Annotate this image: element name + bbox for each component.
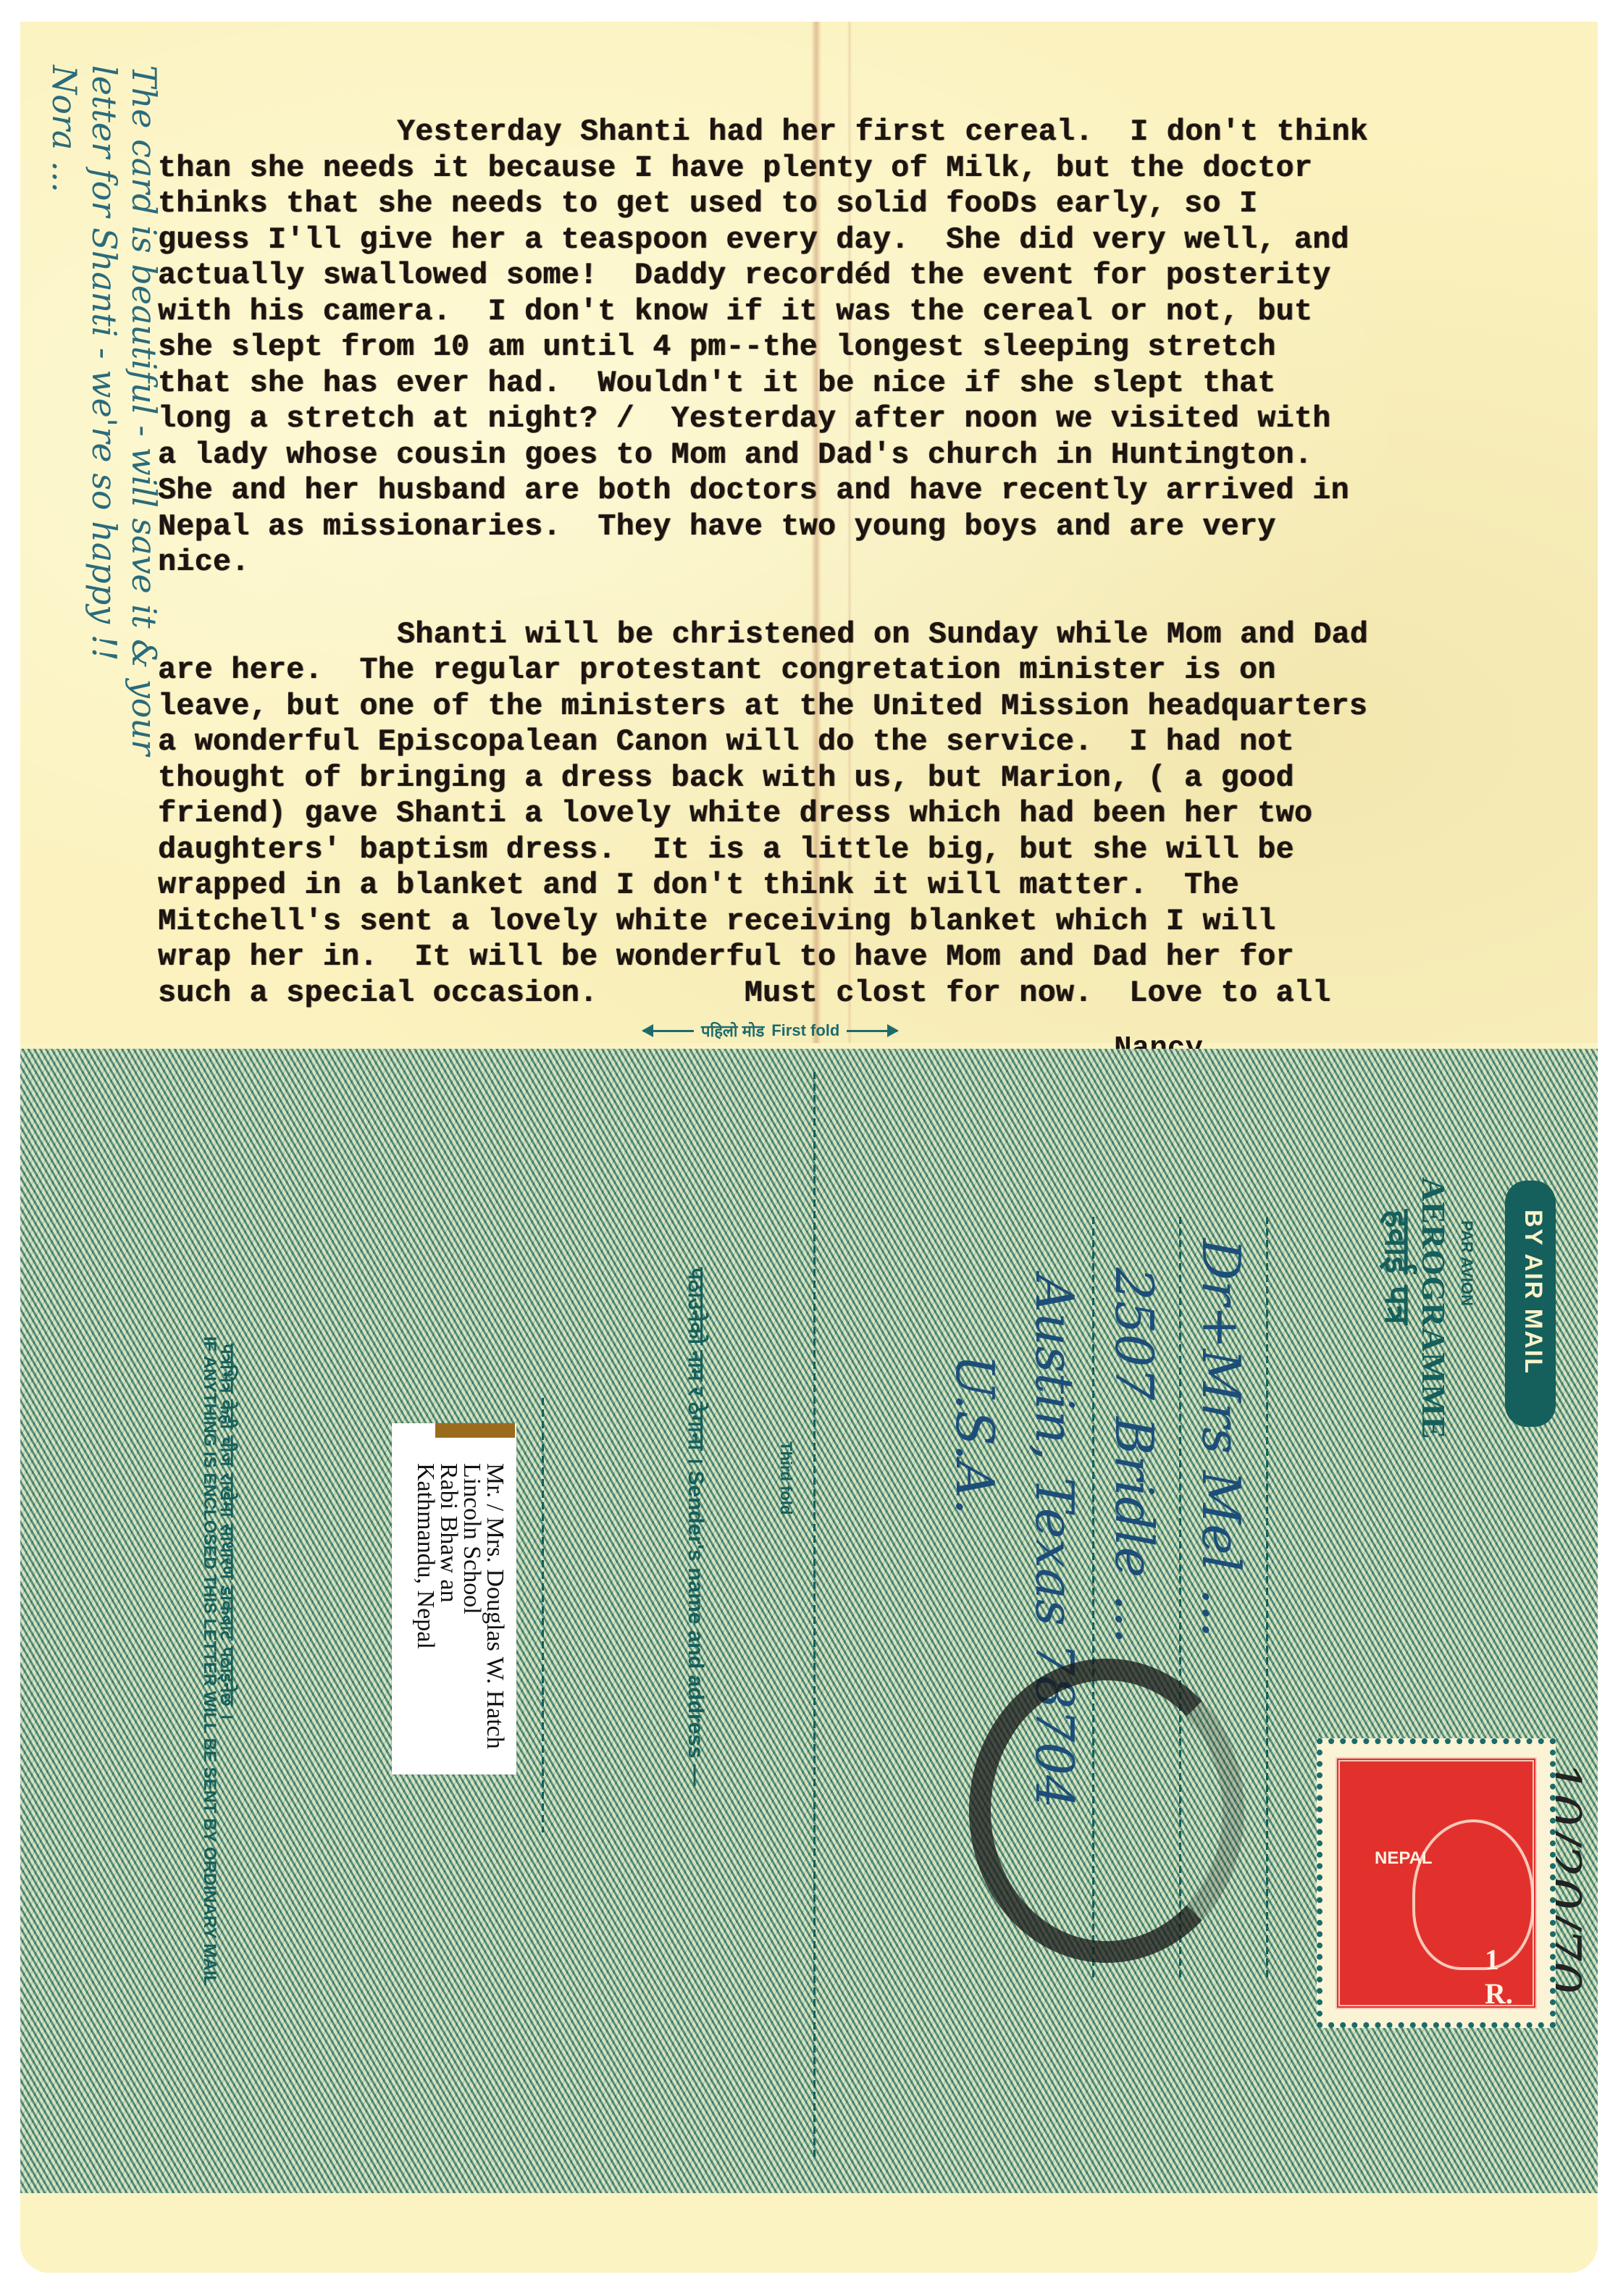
letter-line: long a stretch at night? / Yesterday aft… xyxy=(158,401,1598,437)
postage-stamp: NEPAL 1 R. xyxy=(1317,1738,1556,2028)
recipient-address-line: U.S.A. xyxy=(944,1354,1005,1514)
arrow-right-icon xyxy=(847,1030,897,1032)
letter-body: Yesterday Shanti had her first cereal. I… xyxy=(158,114,1598,1011)
first-fold-devanagari: पहिलो मोड xyxy=(701,1020,764,1042)
tape-strip xyxy=(435,1423,515,1438)
return-address: Mr. / Mrs. Douglas W. Hatch Lincoln Scho… xyxy=(414,1463,506,1749)
letter-line: guess I'll give her a teaspoon every day… xyxy=(158,222,1598,259)
recipient-address-line: Dr+Mrs Mel ... xyxy=(1191,1239,1252,1638)
fold-guide-line xyxy=(813,1072,816,2158)
stamp-design: NEPAL 1 R. xyxy=(1336,1757,1537,2009)
letter-line: She and her husband are both doctors and… xyxy=(158,473,1598,509)
letter-line: leave, but one of the ministers at the U… xyxy=(158,689,1598,725)
letter-line: daughters' baptism dress. It is a little… xyxy=(158,832,1598,868)
first-fold-english: First fold xyxy=(771,1021,839,1040)
return-address-line: Rabi Bhaw an xyxy=(437,1463,460,1749)
letter-line: friend) gave Shanti a lovely white dress… xyxy=(158,796,1598,832)
stamp-country: NEPAL xyxy=(1375,1848,1433,1869)
margin-note-line: Nora ... xyxy=(43,65,85,193)
letter-line: actually swallowed some! Daddy recordéd … xyxy=(158,258,1598,294)
aerogramme-sheet: The card is beautiful - will save it & y… xyxy=(20,22,1598,2273)
sender-label: पठाउनेको नाम र ठेगाना । Sender's name an… xyxy=(682,1268,712,1786)
letter-line: a wonderful Episcopalean Canon will do t… xyxy=(158,724,1598,761)
return-address-line: Mr. / Mrs. Douglas W. Hatch xyxy=(483,1463,506,1749)
letter-line: are here. The regular protestant congret… xyxy=(158,653,1598,689)
letter-line: wrap her in. It will be wonderful to hav… xyxy=(158,939,1598,976)
arrow-left-icon xyxy=(643,1030,694,1032)
postmark-cancellation xyxy=(969,1659,1244,1963)
letter-line: nice. xyxy=(158,545,1598,581)
return-address-line: Kathmandu, Nepal xyxy=(414,1463,437,1749)
address-guide-line xyxy=(1266,1217,1268,1977)
stamp-value: 1 R. xyxy=(1485,1943,1533,2011)
letter-line: a lady whose cousin goes to Mom and Dad'… xyxy=(158,437,1598,474)
airmail-badge: BY AIR MAIL xyxy=(1505,1181,1556,1427)
handwritten-margin-note: The card is beautiful - will save it & y… xyxy=(56,65,172,1050)
letter-paragraph: Yesterday Shanti had her first cereal. I… xyxy=(158,114,1598,581)
letter-line: thought of bringing a dress back with us… xyxy=(158,761,1598,797)
sender-guide-line xyxy=(542,1398,544,1832)
return-address-line: Lincoln School xyxy=(460,1463,483,1749)
letter-line: she slept from 10 am until 4 pm--the lon… xyxy=(158,330,1598,366)
letter-line: such a special occasion. Must clost for … xyxy=(158,976,1598,1012)
letter-line: with his camera. I don't know if it was … xyxy=(158,294,1598,330)
par-avion-text: PAR AVION xyxy=(1457,1220,1476,1306)
letter-line: Shanti will be christened on Sunday whil… xyxy=(158,617,1598,653)
letter-line: Nepal as missionaries. They have two you… xyxy=(158,509,1598,545)
letter-line: thinks that she needs to get used to sol… xyxy=(158,186,1598,222)
letter-line: wrapped in a blanket and I don't think i… xyxy=(158,868,1598,904)
letter-line: Yesterday Shanti had her first cereal. I… xyxy=(158,114,1598,151)
bottom-flap xyxy=(20,2193,1598,2273)
letter-paragraph: Shanti will be christened on Sunday whil… xyxy=(158,617,1598,1012)
recipient-address-line: 2507 Bridle ... xyxy=(1104,1268,1165,1644)
typed-letter-panel: The card is beautiful - will save it & y… xyxy=(20,22,1598,1043)
enclosure-notice: IF ANYTHING IS ENCLOSED THIS LETTER WILL… xyxy=(199,1336,219,1986)
letter-line: that she has ever had. Wouldn't it be ni… xyxy=(158,366,1598,402)
return-address-label: Mr. / Mrs. Douglas W. Hatch Lincoln Scho… xyxy=(392,1423,516,1775)
letter-line: than she needs it because I have plenty … xyxy=(158,151,1598,187)
first-fold-label: पहिलो मोड First fold xyxy=(643,1020,897,1042)
airmail-text: BY AIR MAIL xyxy=(1519,1210,1547,1375)
margin-note-line: letter for Shanti - we're so happy !! xyxy=(83,65,125,661)
letter-line: Mitchell's sent a lovely white receiving… xyxy=(158,904,1598,940)
aerogramme-title-devanagari: हवाई पत्र xyxy=(1375,1210,1422,1325)
third-fold-label: Third fold xyxy=(776,1441,795,1514)
